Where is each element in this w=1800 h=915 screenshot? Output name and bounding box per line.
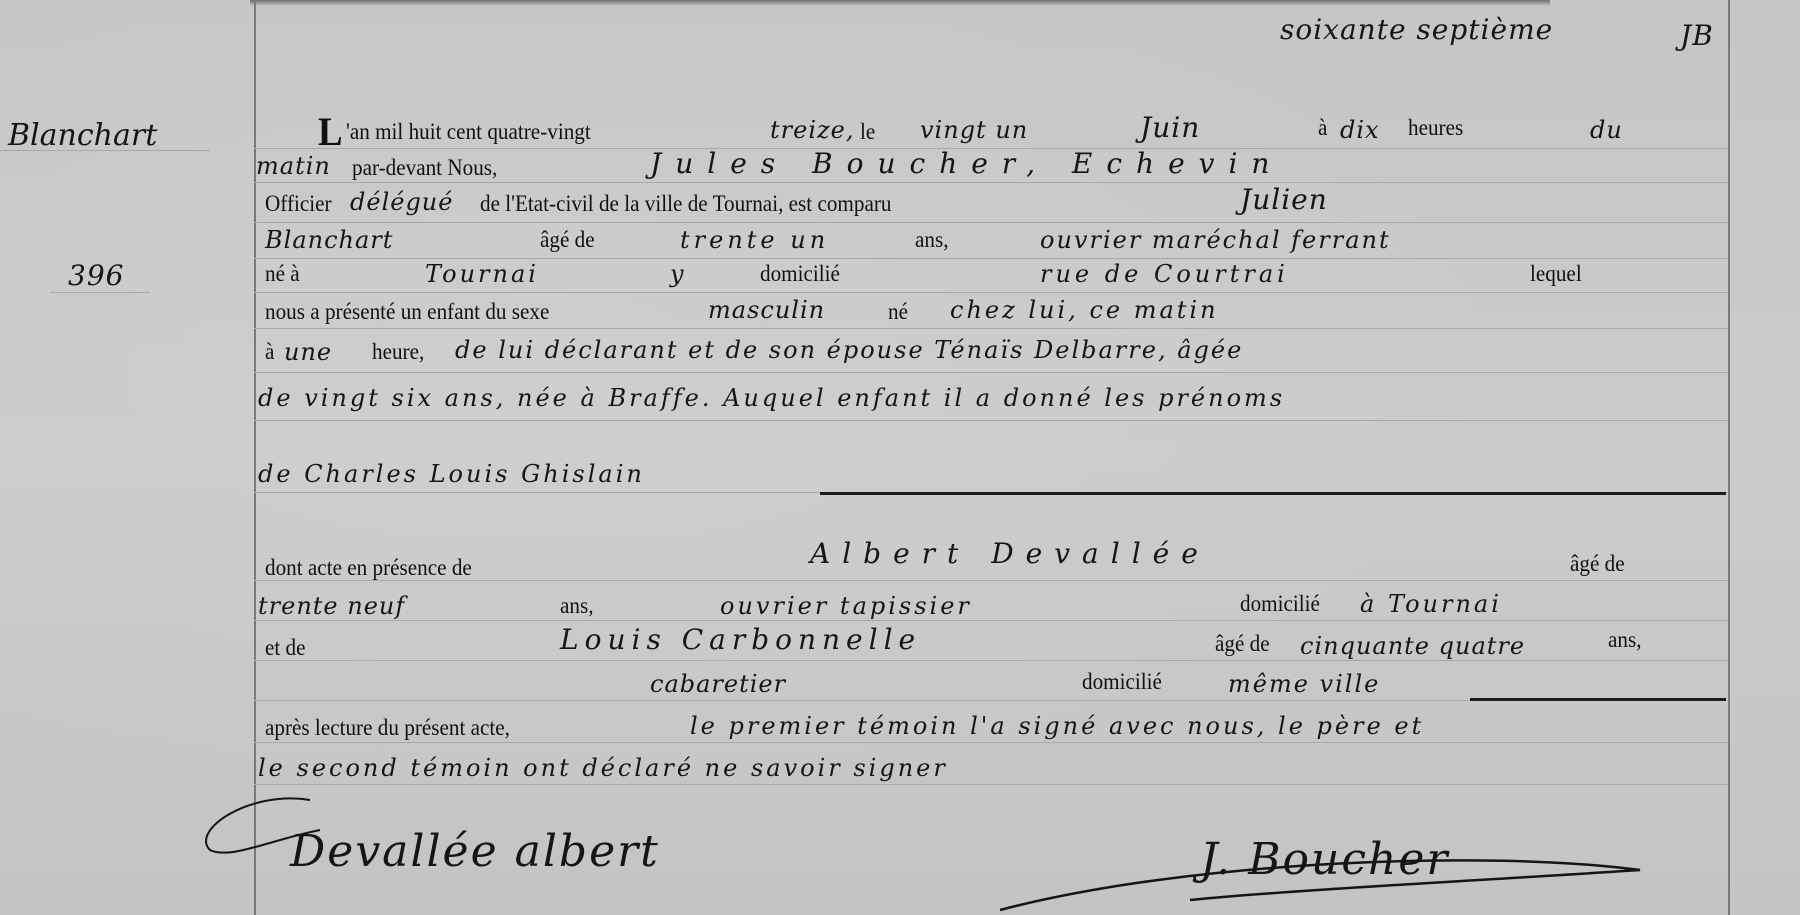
rule-line <box>254 420 1728 421</box>
handwritten-y: y <box>670 262 685 286</box>
rule-line <box>254 580 1728 581</box>
second-witness-age: cinquante quatre <box>1300 634 1525 658</box>
rule-line <box>254 328 1728 329</box>
printed-text: 'an mil huit cent quatre-vingt <box>346 120 591 143</box>
second-witness-residence: même ville <box>1228 672 1380 696</box>
handwritten-place: chez lui, ce matin <box>950 298 1219 322</box>
handwritten-year: treize, <box>770 118 854 142</box>
document-page: soixante septième JB Blanchart 396 L 'an… <box>0 0 1800 915</box>
rule-line <box>254 182 1728 183</box>
rule-line <box>254 742 1728 743</box>
printed-text: ans, <box>915 228 949 251</box>
printed-text: âgé de <box>1570 552 1625 575</box>
handwritten-address: rue de Courtrai <box>1040 262 1289 286</box>
rule-line <box>254 660 1728 661</box>
printed-text: dont acte en présence de <box>265 556 472 579</box>
printed-text: Officier <box>265 192 332 215</box>
dropcap: L <box>318 112 343 152</box>
printed-text: et de <box>265 636 306 659</box>
printed-text: lequel <box>1530 262 1582 285</box>
right-margin-line <box>1728 0 1730 915</box>
printed-text: le <box>860 120 875 143</box>
handwritten-sex: masculin <box>708 298 825 322</box>
rule-line <box>254 372 1728 373</box>
rule-line <box>254 292 1728 293</box>
handwritten-du: du <box>1590 118 1623 142</box>
printed-text: après lecture du présent acte, <box>265 716 510 739</box>
printed-text: âgé de <box>540 228 595 251</box>
first-witness-age: trente neuf <box>258 594 405 618</box>
handwritten-hour: dix <box>1340 118 1380 142</box>
printed-text: nous a présenté un enfant du sexe <box>265 300 549 323</box>
printed-text: domicilié <box>760 262 840 285</box>
second-witness-profession: cabaretier <box>650 672 786 696</box>
printed-text: né à <box>265 262 300 285</box>
handwritten-day: vingt un <box>920 118 1028 142</box>
scan-edge-shadow <box>250 0 1550 6</box>
printed-text: né <box>888 300 908 323</box>
printed-text: de l'Etat-civil de la ville de Tournai, … <box>480 192 891 215</box>
handwritten-profession: ouvrier maréchal ferrant <box>1040 228 1391 252</box>
printed-text: ans, <box>560 594 594 617</box>
printed-text: domicilié <box>1082 670 1162 693</box>
handwritten-closing-2: le second témoin ont déclaré ne savoir s… <box>258 756 948 780</box>
handwritten-mother-age: de vingt six ans, née à Braffe. Auquel e… <box>258 386 1285 410</box>
first-witness-profession: ouvrier tapissier <box>720 594 972 618</box>
margin-surname: Blanchart <box>8 118 157 153</box>
first-witness-name: Albert Devallée <box>810 540 1210 568</box>
printed-text: heure, <box>372 340 424 363</box>
printed-text: ans, <box>1608 628 1642 651</box>
record-number: 396 <box>68 262 124 290</box>
handwritten-delegue: délégué <box>350 190 453 214</box>
printed-text: à <box>1318 116 1327 139</box>
handwritten-time: matin <box>256 154 331 178</box>
fill-rule-line <box>820 492 1726 495</box>
handwritten-hour: une <box>284 340 332 364</box>
signature-flourish-icon <box>190 790 330 860</box>
handwritten-officer: Jules Boucher, Echevin <box>650 150 1283 178</box>
rule-line <box>254 222 1728 223</box>
second-witness-name: Louis Carbonnelle <box>560 626 921 654</box>
handwritten-month: Juin <box>1140 114 1200 142</box>
folio-initials: JB <box>1680 22 1714 50</box>
rule-line <box>50 292 150 293</box>
handwritten-surname: Blanchart <box>265 228 393 252</box>
printed-text: heures <box>1408 116 1463 139</box>
handwritten-closing-1: le premier témoin l'a signé avec nous, l… <box>690 714 1424 738</box>
printed-text: à <box>265 340 274 363</box>
handwritten-child-names: de Charles Louis Ghislain <box>258 462 645 486</box>
handwritten-age: trente un <box>680 228 829 252</box>
left-margin-line <box>254 0 256 915</box>
signature-underline-flourish-icon <box>990 840 1650 915</box>
printed-text: domicilié <box>1240 592 1320 615</box>
fill-rule-line <box>1470 698 1726 701</box>
handwritten-birthplace: Tournai <box>425 262 539 286</box>
rule-line <box>254 620 1728 621</box>
witness-signature: Devallée albert <box>290 830 660 874</box>
printed-text: par-devant Nous, <box>352 156 497 179</box>
folio-note: soixante septième <box>1280 16 1553 44</box>
first-witness-residence: à Tournai <box>1360 592 1502 616</box>
rule-line <box>254 258 1728 259</box>
printed-text: âgé de <box>1215 632 1270 655</box>
rule-line <box>254 784 1728 785</box>
handwritten-declaration: de lui déclarant et de son épouse Ténaïs… <box>455 338 1243 362</box>
handwritten-firstname: Julien <box>1240 186 1328 214</box>
